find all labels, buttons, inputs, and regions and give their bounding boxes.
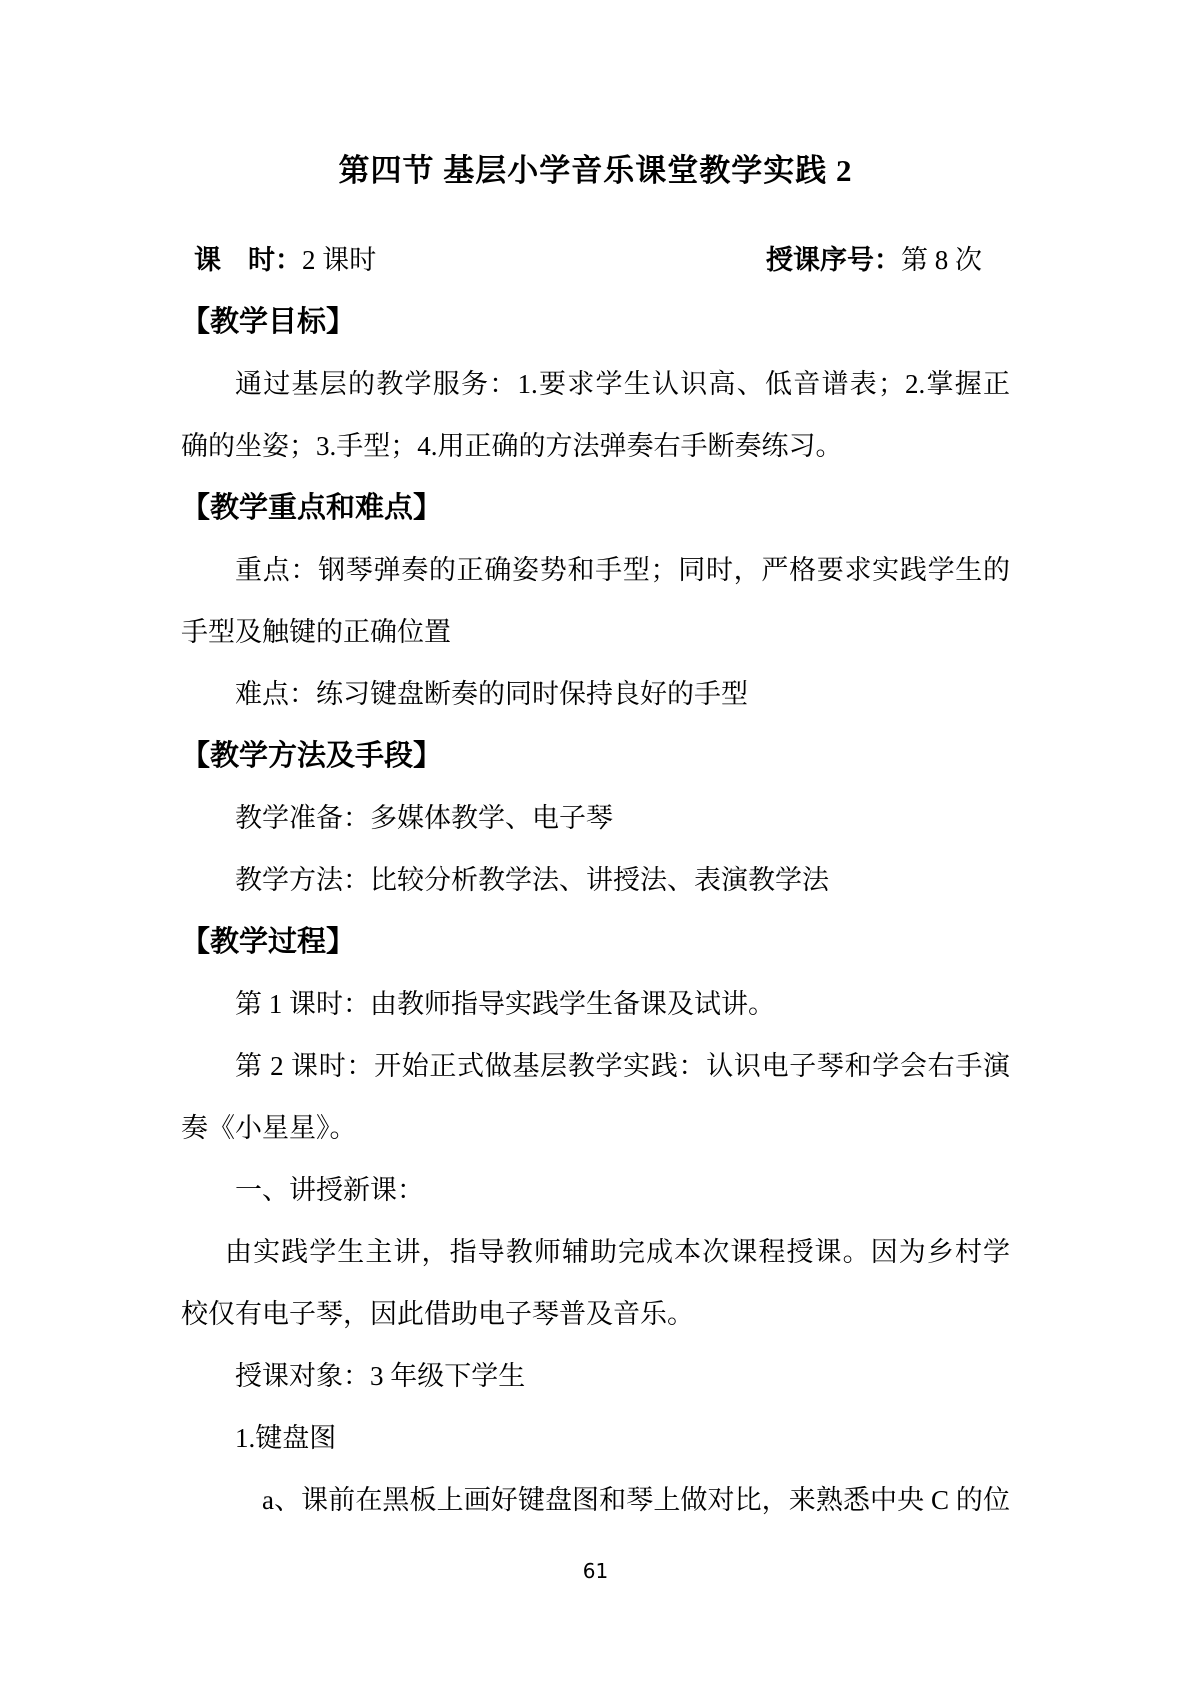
session-number-field: 授课序号：第 8 次	[766, 229, 982, 291]
heading-teaching-process: 【教学过程】	[181, 911, 1010, 973]
text-line: 难点：练习键盘断奏的同时保持良好的手型	[181, 663, 1010, 725]
document-content: 第四节 基层小学音乐课堂教学实践 2 课 时：2 课时 授课序号：第 8 次 【…	[181, 140, 1010, 1531]
text-line: 1.键盘图	[181, 1407, 1010, 1469]
course-hours-label: 课 时：	[194, 245, 302, 275]
text-line: 由实践学生主讲，指导教师辅助完成本次课程授课。因为乡村学	[181, 1221, 1010, 1283]
text-line: 重点：钢琴弹奏的正确姿势和手型；同时，严格要求实践学生的	[181, 539, 1010, 601]
text-line: a、课前在黑板上画好键盘图和琴上做对比，来熟悉中央 C 的位	[181, 1469, 1010, 1531]
text-line: 第 1 课时：由教师指导实践学生备课及试讲。	[181, 973, 1010, 1035]
course-hours-value: 2 课时	[302, 245, 376, 275]
text-line: 教学方法：比较分析教学法、讲授法、表演教学法	[181, 849, 1010, 911]
text-line: 手型及触键的正确位置	[181, 601, 1010, 663]
text-line: 第 2 课时：开始正式做基层教学实践：认识电子琴和学会右手演	[181, 1035, 1010, 1097]
meta-row: 课 时：2 课时 授课序号：第 8 次	[181, 229, 1010, 291]
text-line: 授课对象：3 年级下学生	[181, 1345, 1010, 1407]
session-number-label: 授课序号：	[766, 245, 901, 275]
session-number-value: 第 8 次	[901, 245, 982, 275]
course-hours-field: 课 时：2 课时	[194, 229, 376, 291]
text-line: 一、讲授新课：	[181, 1159, 1010, 1221]
heading-teaching-objectives: 【教学目标】	[181, 291, 1010, 353]
document-title: 第四节 基层小学音乐课堂教学实践 2	[181, 140, 1010, 202]
heading-key-points-difficulties: 【教学重点和难点】	[181, 477, 1010, 539]
page-number: 61	[0, 1558, 1191, 1584]
heading-teaching-methods: 【教学方法及手段】	[181, 725, 1010, 787]
text-line: 教学准备：多媒体教学、电子琴	[181, 787, 1010, 849]
text-line: 通过基层的教学服务：1.要求学生认识高、低音谱表；2.掌握正	[181, 353, 1010, 415]
document-page: 第四节 基层小学音乐课堂教学实践 2 课 时：2 课时 授课序号：第 8 次 【…	[0, 0, 1191, 1684]
text-line: 校仅有电子琴，因此借助电子琴普及音乐。	[181, 1283, 1010, 1345]
text-line: 奏《小星星》。	[181, 1097, 1010, 1159]
text-line: 确的坐姿；3.手型；4.用正确的方法弹奏右手断奏练习。	[181, 415, 1010, 477]
